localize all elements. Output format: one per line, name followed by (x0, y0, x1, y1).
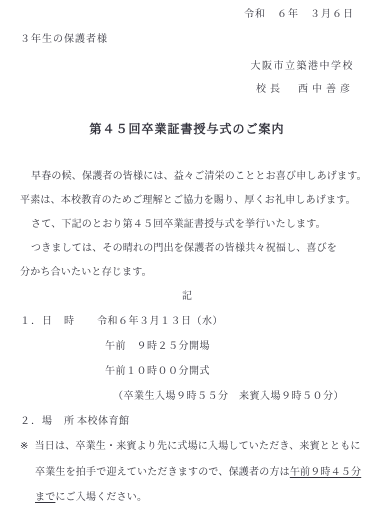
body-line: 平素は、本校教育のためご理解とご協力を賜り、厚くお礼申しあげます。 (20, 189, 354, 213)
item-venue: ２．場 所本校体育館 (20, 409, 354, 434)
record-marker: 記 (20, 285, 354, 309)
document-page: 令和 ６年 ３月６日 ３年生の保護者様 大阪市立築港中学校 校長 西中善彦 第４… (0, 0, 366, 516)
document-date: 令和 ６年 ３月６日 (20, 6, 354, 24)
body-line: 早春の候、保護者の皆様には、益々ご清栄のこととお喜び申しあげます。 (20, 165, 354, 189)
school-name: 大阪市立築港中学校 (20, 58, 354, 76)
body-line: 分かち合いたいと存じます。 (20, 261, 354, 285)
note-line-2-text: 卒業生を拍手で迎えていただきますので、保護者の方は (35, 467, 290, 478)
item-venue-value: 本校体育館 (77, 416, 130, 427)
item-venue-label: ２．場 所 (20, 409, 77, 434)
note-marker: ※ (20, 441, 35, 452)
addressee-line: ３年生の保護者様 (20, 31, 354, 49)
doors-open-time: 午前 ９時２５分開場 (20, 334, 354, 359)
ceremony-start-time: 午前１０時００分開式 (20, 359, 354, 384)
item-datetime-value: 令和６年３月１３日（水） (97, 316, 223, 327)
body-line: さて、下記のとおり第４５回卒業証書授与式を挙行いたします。 (20, 213, 354, 237)
entry-times-note: （卒業生入場９時５５分 来賓入場９時５０分） (20, 384, 354, 409)
item-datetime: １．日 時令和６年３月１３日（水） 午前 ９時２５分開場 午前１０時００分開式 … (20, 309, 354, 409)
note-deadline-time-underlined: 午前９時４５分 (290, 467, 361, 478)
note-block: ※当日は、卒業生・来賓より先に式場に入場していただき、来賓とともに 卒業生を拍手… (20, 434, 354, 511)
body-text: 早春の候、保護者の皆様には、益々ご清栄のこととお喜び申しあげます。 平素は、本校… (20, 165, 354, 285)
note-deadline-suffix-underlined: まで (35, 492, 55, 503)
document-title: 第４５回卒業証書授与式のご案内 (20, 120, 354, 138)
item-datetime-label: １．日 時 (20, 309, 97, 334)
note-line-3-text: にご入場ください。 (55, 492, 147, 503)
note-line-1: 当日は、卒業生・来賓より先に式場に入場していただき、来賓とともに (35, 441, 361, 452)
body-line: つきましては、その晴れの門出を保護者の皆様共々祝福し、喜びを (20, 237, 354, 261)
principal-name: 校長 西中善彦 (20, 81, 354, 99)
